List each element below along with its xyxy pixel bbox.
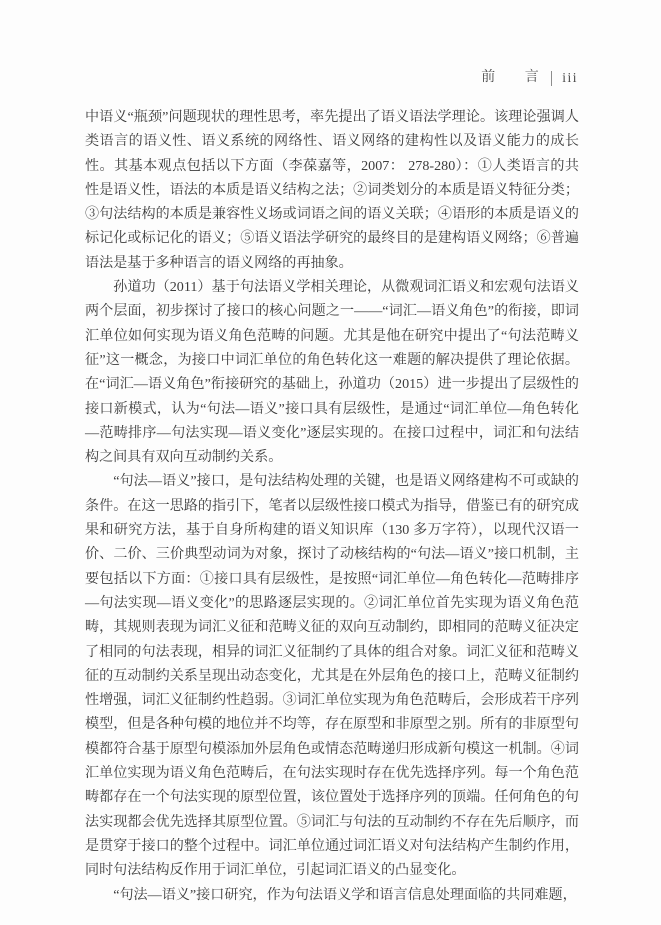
- header-divider: [551, 71, 552, 86]
- body-text: 中语义“瓶颈”问题现状的理性思考，率先提出了语义语法学理论。该理论强调人类语言的…: [85, 105, 579, 907]
- paragraph: “句法—语义”接口，是句法结构处理的关键，也是语义网络建构不可或缺的条件。在这一…: [85, 469, 579, 882]
- running-header: 前 言 iii: [481, 67, 578, 89]
- page-number: iii: [562, 67, 578, 89]
- paragraph: “句法—语义”接口研究，作为句法语义学和语言信息处理面临的共同难题，: [85, 883, 579, 907]
- book-page: 前 言 iii 中语义“瓶颈”问题现状的理性思考，率先提出了语义语法学理论。该理…: [0, 0, 661, 925]
- chapter-title: 前 言: [481, 67, 539, 89]
- paragraph-continuation: 中语义“瓶颈”问题现状的理性思考，率先提出了语义语法学理论。该理论强调人类语言的…: [85, 105, 579, 275]
- paragraph: 孙道功（2011）基于句法语义学相关理论，从微观词汇语义和宏观句法语义两个层面，…: [85, 275, 579, 469]
